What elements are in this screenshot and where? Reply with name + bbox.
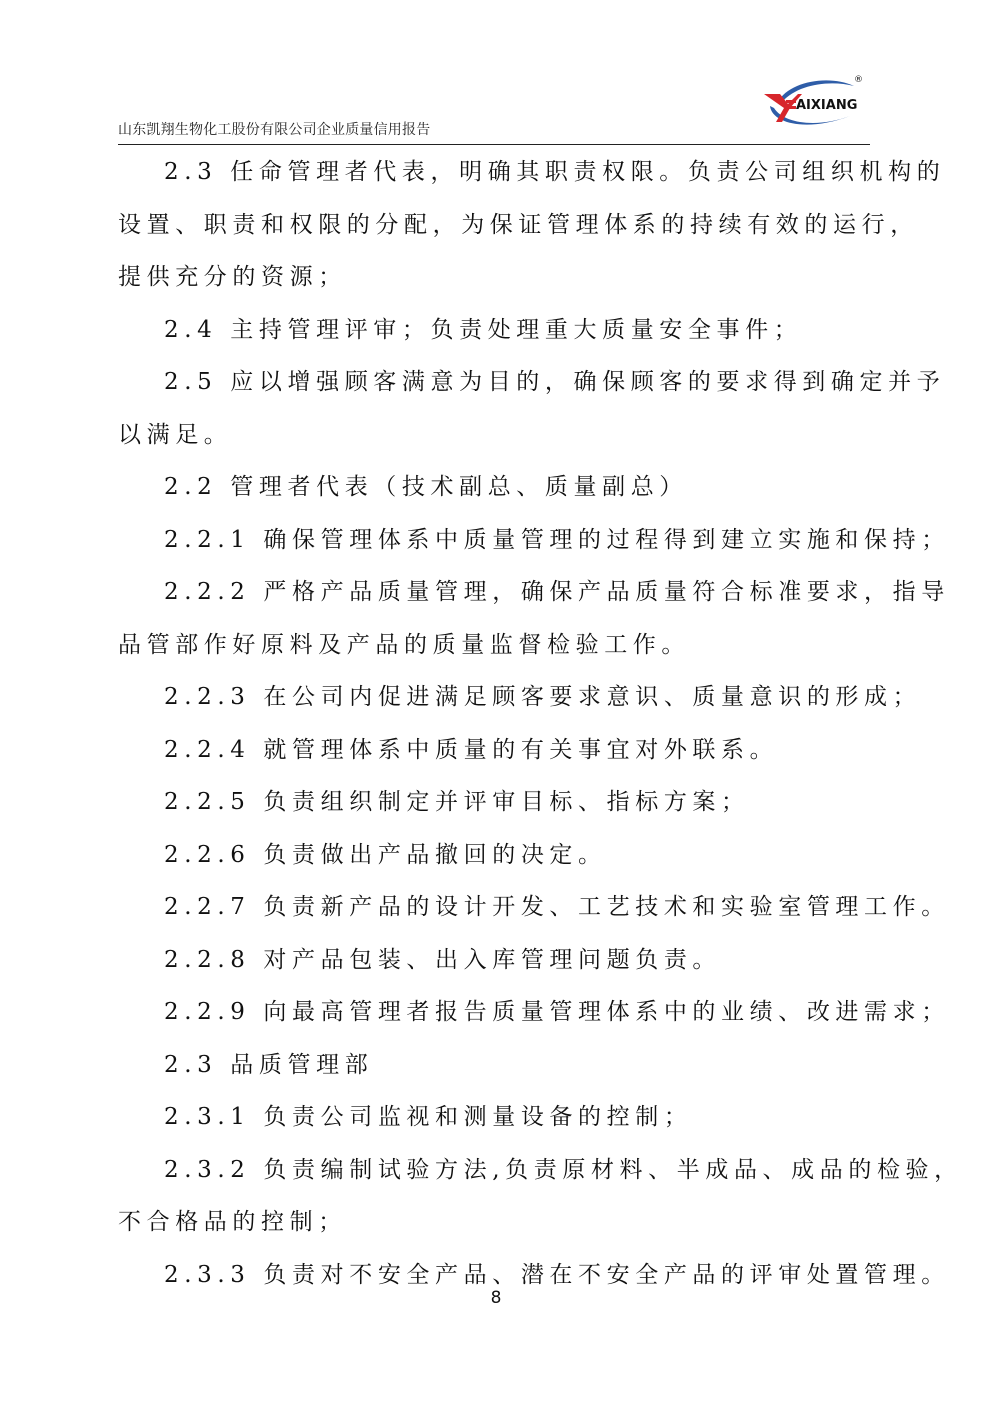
company-logo: AIXIANG ® — [758, 72, 866, 134]
kaixiang-logo-icon: AIXIANG ® — [758, 72, 866, 134]
paragraph-line: 2.2.9 向最高管理者报告质量管理体系中的业绩、改进需求； — [118, 986, 878, 1039]
page-header: 山东凯翔生物化工股份有限公司企业质量信用报告 AIXIANG ® — [118, 60, 870, 145]
paragraph-line: 2.2.8 对产品包装、出入库管理问题负责。 — [118, 934, 878, 987]
paragraph-line: 2.3.1 负责公司监视和测量设备的控制； — [118, 1091, 878, 1144]
section-heading: 2.3 品质管理部 — [118, 1039, 878, 1092]
paragraph-line: 品管部作好原料及产品的质量监督检验工作。 — [118, 619, 878, 672]
document-body: 2.3 任命管理者代表，明确其职责权限。负责公司组织机构的 设置、职责和权限的分… — [118, 146, 878, 1301]
paragraph-line: 2.2.2 严格产品质量管理，确保产品质量符合标准要求，指导 — [118, 566, 878, 619]
paragraph-line: 设置、职责和权限的分配，为保证管理体系的持续有效的运行， — [118, 199, 878, 252]
paragraph-line: 2.4 主持管理评审；负责处理重大质量安全事件； — [118, 304, 878, 357]
paragraph-line: 2.2.4 就管理体系中质量的有关事宜对外联系。 — [118, 724, 878, 777]
paragraph-line: 提供充分的资源； — [118, 251, 878, 304]
header-divider — [118, 144, 870, 146]
paragraph-line: 2.5 应以增强顾客满意为目的，确保顾客的要求得到确定并予 — [118, 356, 878, 409]
paragraph-line: 以满足。 — [118, 409, 878, 462]
paragraph-line: 不合格品的控制； — [118, 1196, 878, 1249]
paragraph-line: 2.3 任命管理者代表，明确其职责权限。负责公司组织机构的 — [118, 146, 878, 199]
page-number: 8 — [0, 1288, 992, 1308]
report-title: 山东凯翔生物化工股份有限公司企业质量信用报告 — [118, 119, 430, 139]
paragraph-line: 2.3.2 负责编制试验方法,负责原材料、半成品、成品的检验， — [118, 1144, 878, 1197]
paragraph-line: 2.2.3 在公司内促进满足顾客要求意识、质量意识的形成； — [118, 671, 878, 724]
section-heading: 2.2 管理者代表（技术副总、质量副总） — [118, 461, 878, 514]
paragraph-line: 2.2.5 负责组织制定并评审目标、指标方案； — [118, 776, 878, 829]
document-page: 山东凯翔生物化工股份有限公司企业质量信用报告 AIXIANG ® 2.3 任命管… — [0, 0, 992, 1403]
svg-text:AIXIANG: AIXIANG — [796, 98, 857, 113]
paragraph-line: 2.2.6 负责做出产品撤回的决定。 — [118, 829, 878, 882]
svg-text:®: ® — [854, 75, 863, 85]
paragraph-line: 2.2.1 确保管理体系中质量管理的过程得到建立实施和保持； — [118, 514, 878, 567]
paragraph-line: 2.2.7 负责新产品的设计开发、工艺技术和实验室管理工作。 — [118, 881, 878, 934]
